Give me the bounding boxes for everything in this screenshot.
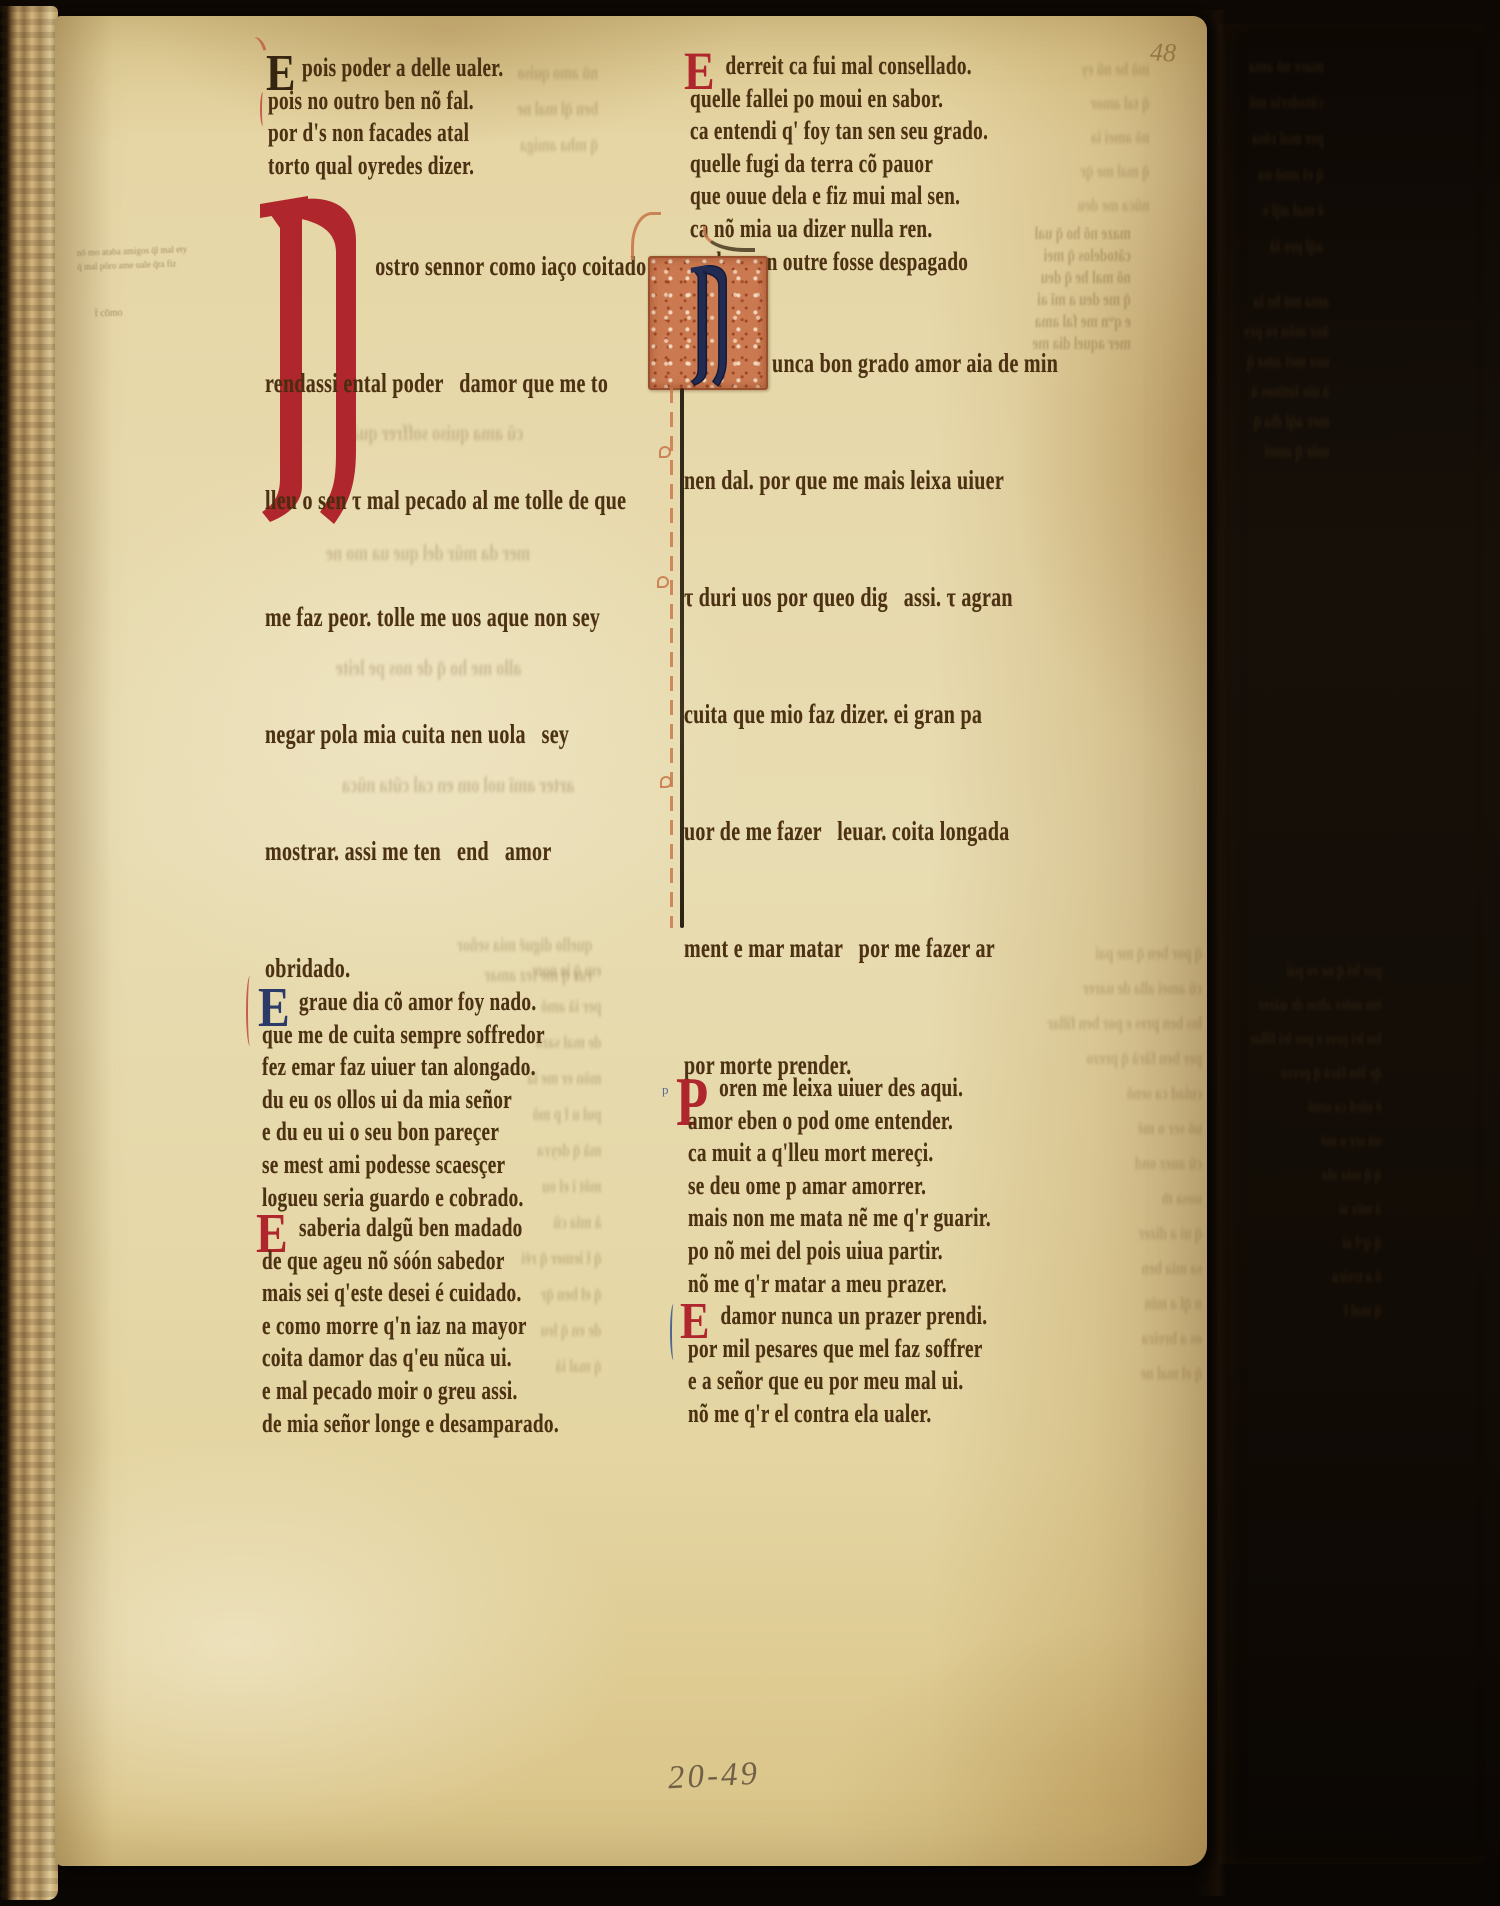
text-line: mostrar. assi me ten end amor [265,793,688,910]
left-stanza-a: E pois poder a delle ualer.pois no outro… [268,52,586,182]
text-line: e como morre q'n iaz na mayor [262,1310,559,1343]
text-line: quelle fallei po moui en sabor. [690,83,988,116]
text-line: e a señor que eu por meu mal ui. [688,1365,987,1398]
text-line: nõ me q'r el contra ela ualer. [688,1398,987,1431]
stanza-lines: oren me leixa uiuer des aqui.amor eben o… [688,1072,1097,1300]
text-line: amor eben o pod ome entender. [688,1105,991,1138]
text-line: unca bon grado amor aia de min [684,305,1058,422]
text-line: oren me leixa uiuer des aqui. [688,1072,991,1105]
right-stanza-f: E damor nunca un prazer prendi.por mil p… [688,1300,1093,1430]
text-line: pois no outro ben nõ fal. [268,85,503,118]
text-line: fez emar faz uiuer tan alongado. [262,1051,545,1084]
text-line: se mest ami podesse scaesçer [262,1149,545,1182]
manuscript-photo: mare nō ama cātoderia mō per mal rōsa q̄… [0,0,1500,1906]
text-line: du eu os ollos ui da mia señor [262,1084,545,1117]
show-through-text: por lei q̄ ne ro pai ēm mōer altos de uā… [1249,954,1381,1328]
text-line: quelle fugi da terra cõ pauor [690,148,988,181]
penwork-curl-icon [657,576,669,588]
stanza-lines: damor nunca un prazer prendi.por mil pes… [688,1300,1093,1430]
text-line: rendassi ental poder damor que me to [265,325,688,442]
text-line: damor nunca un prazer prendi. [688,1300,987,1333]
red-penwork-leaf-icon [252,35,267,53]
bottom-annotation: 20-49 [667,1756,761,1798]
left-stanza-c: E saberia dalgũ ben madadode que ageu nõ… [262,1212,663,1440]
stanza-lines: saberia dalgũ ben madadode que ageu nõ s… [262,1212,663,1440]
text-line: mais sei q'este desei é cuidado. [262,1277,559,1310]
text-line: ment e mar matar por me fazer ar [684,890,1058,1007]
text-line: de mia señor longe e desamparado. [262,1408,559,1441]
text-line: negar pola mia cuita nen uola sey [265,676,688,793]
text-line: po nõ mei del pois uiua partir. [688,1235,991,1268]
text-line: nõ me q'r matar a meu prazer. [688,1268,991,1301]
right-song-lines: unca bon grado amor aia de minnen dal. p… [684,305,1190,1124]
text-line: mais non me mata nẽ me q'r guarir. [688,1202,991,1235]
text-line: ca muit a q'lleu mort mereçi. [688,1137,991,1170]
text-line: τ duri uos por queo dig assi. τ agran [684,539,1058,656]
text-line: por mil pesares que mel faz soffrer [688,1333,987,1366]
text-line: graue dia cõ amor foy nado. [262,986,545,1019]
text-line: que me de cuita sempre soffredor [262,1019,545,1052]
text-line: que ouue dela e fiz mui mal sen. [690,180,988,213]
text-line: ostro sennor como iaço coitado mor [265,208,688,325]
text-line: coita damor das q'eu nũca ui. [262,1342,559,1375]
text-line: e du eu ui o seu bon pareçer [262,1116,545,1149]
song-lines: unca bon grado amor aia de minnen dal. p… [684,305,1190,1124]
stanza-lines: pois poder a delle ualer.pois no outro b… [268,52,586,182]
margin-annotation: nō mo ataba amigos q̄l mal ety q̄ mal pō… [77,242,188,274]
text-line: ca entendi q' foy tan sen seu grado. [690,115,988,148]
text-line: me faz peor. tolle me uos aque non sey [265,559,688,676]
text-line: cuita que mio faz dizer. ei gran pa [684,656,1058,773]
text-line: saberia dalgũ ben madado [262,1212,559,1245]
show-through-text: mare nō ama cātoderia mō per mal rōsa q̄… [1249,48,1323,264]
text-line: derreit ca fui mal consellado. [690,50,988,83]
penwork-curl-icon [660,776,672,788]
text-line: e mal pecado moir o greu assi. [262,1375,559,1408]
next-folio-edge: mare nō ama cātoderia mō per mal rōsa q̄… [1218,24,1486,1864]
blue-penwork-flourish [670,1304,677,1360]
text-line: nen dal. por que me mais leixa uiuer [684,422,1058,539]
folio-number: 48 [1149,38,1176,69]
text-line: lleu o sen τ mal pecado al me tolle de q… [265,442,688,559]
text-line: se deu ome p amar amorrer. [688,1170,991,1203]
stanza-lines: graue dia cõ amor foy nado.que me de cui… [262,986,644,1214]
show-through-text: ama mō he ia āur mōn ro pre uoz mei ama … [1243,286,1329,466]
text-line: por d's non facades atal [268,117,503,150]
book-page-edge-stack [0,6,58,1900]
text-line: uor de me fazer leuar. coita longada [684,773,1058,890]
text-line: torto qual oyredes dizer. [268,150,503,183]
manuscript-page: 48 nō mo ataba amigos q̄l mal ety q̄ mal… [55,16,1207,1866]
text-line: pois poder a delle ualer. [268,52,503,85]
text-line: logueu seria guardo e cobrado. [262,1182,545,1215]
guide-letter-p: p [662,1082,669,1098]
right-stanza-e: p P oren me leixa uiuer des aqui.amor eb… [688,1072,1097,1300]
left-stanza-b: E graue dia cõ amor foy nado.que me de c… [262,986,644,1214]
margin-mark: t̄ cōmo [95,308,123,320]
penwork-curl-icon [659,446,671,458]
text-line: de que ageu nõ sóón sabedor [262,1245,559,1278]
red-penwork-flourish [246,976,254,1046]
red-penwork-flourish [260,92,266,126]
penwork-filigree-line [670,388,673,928]
